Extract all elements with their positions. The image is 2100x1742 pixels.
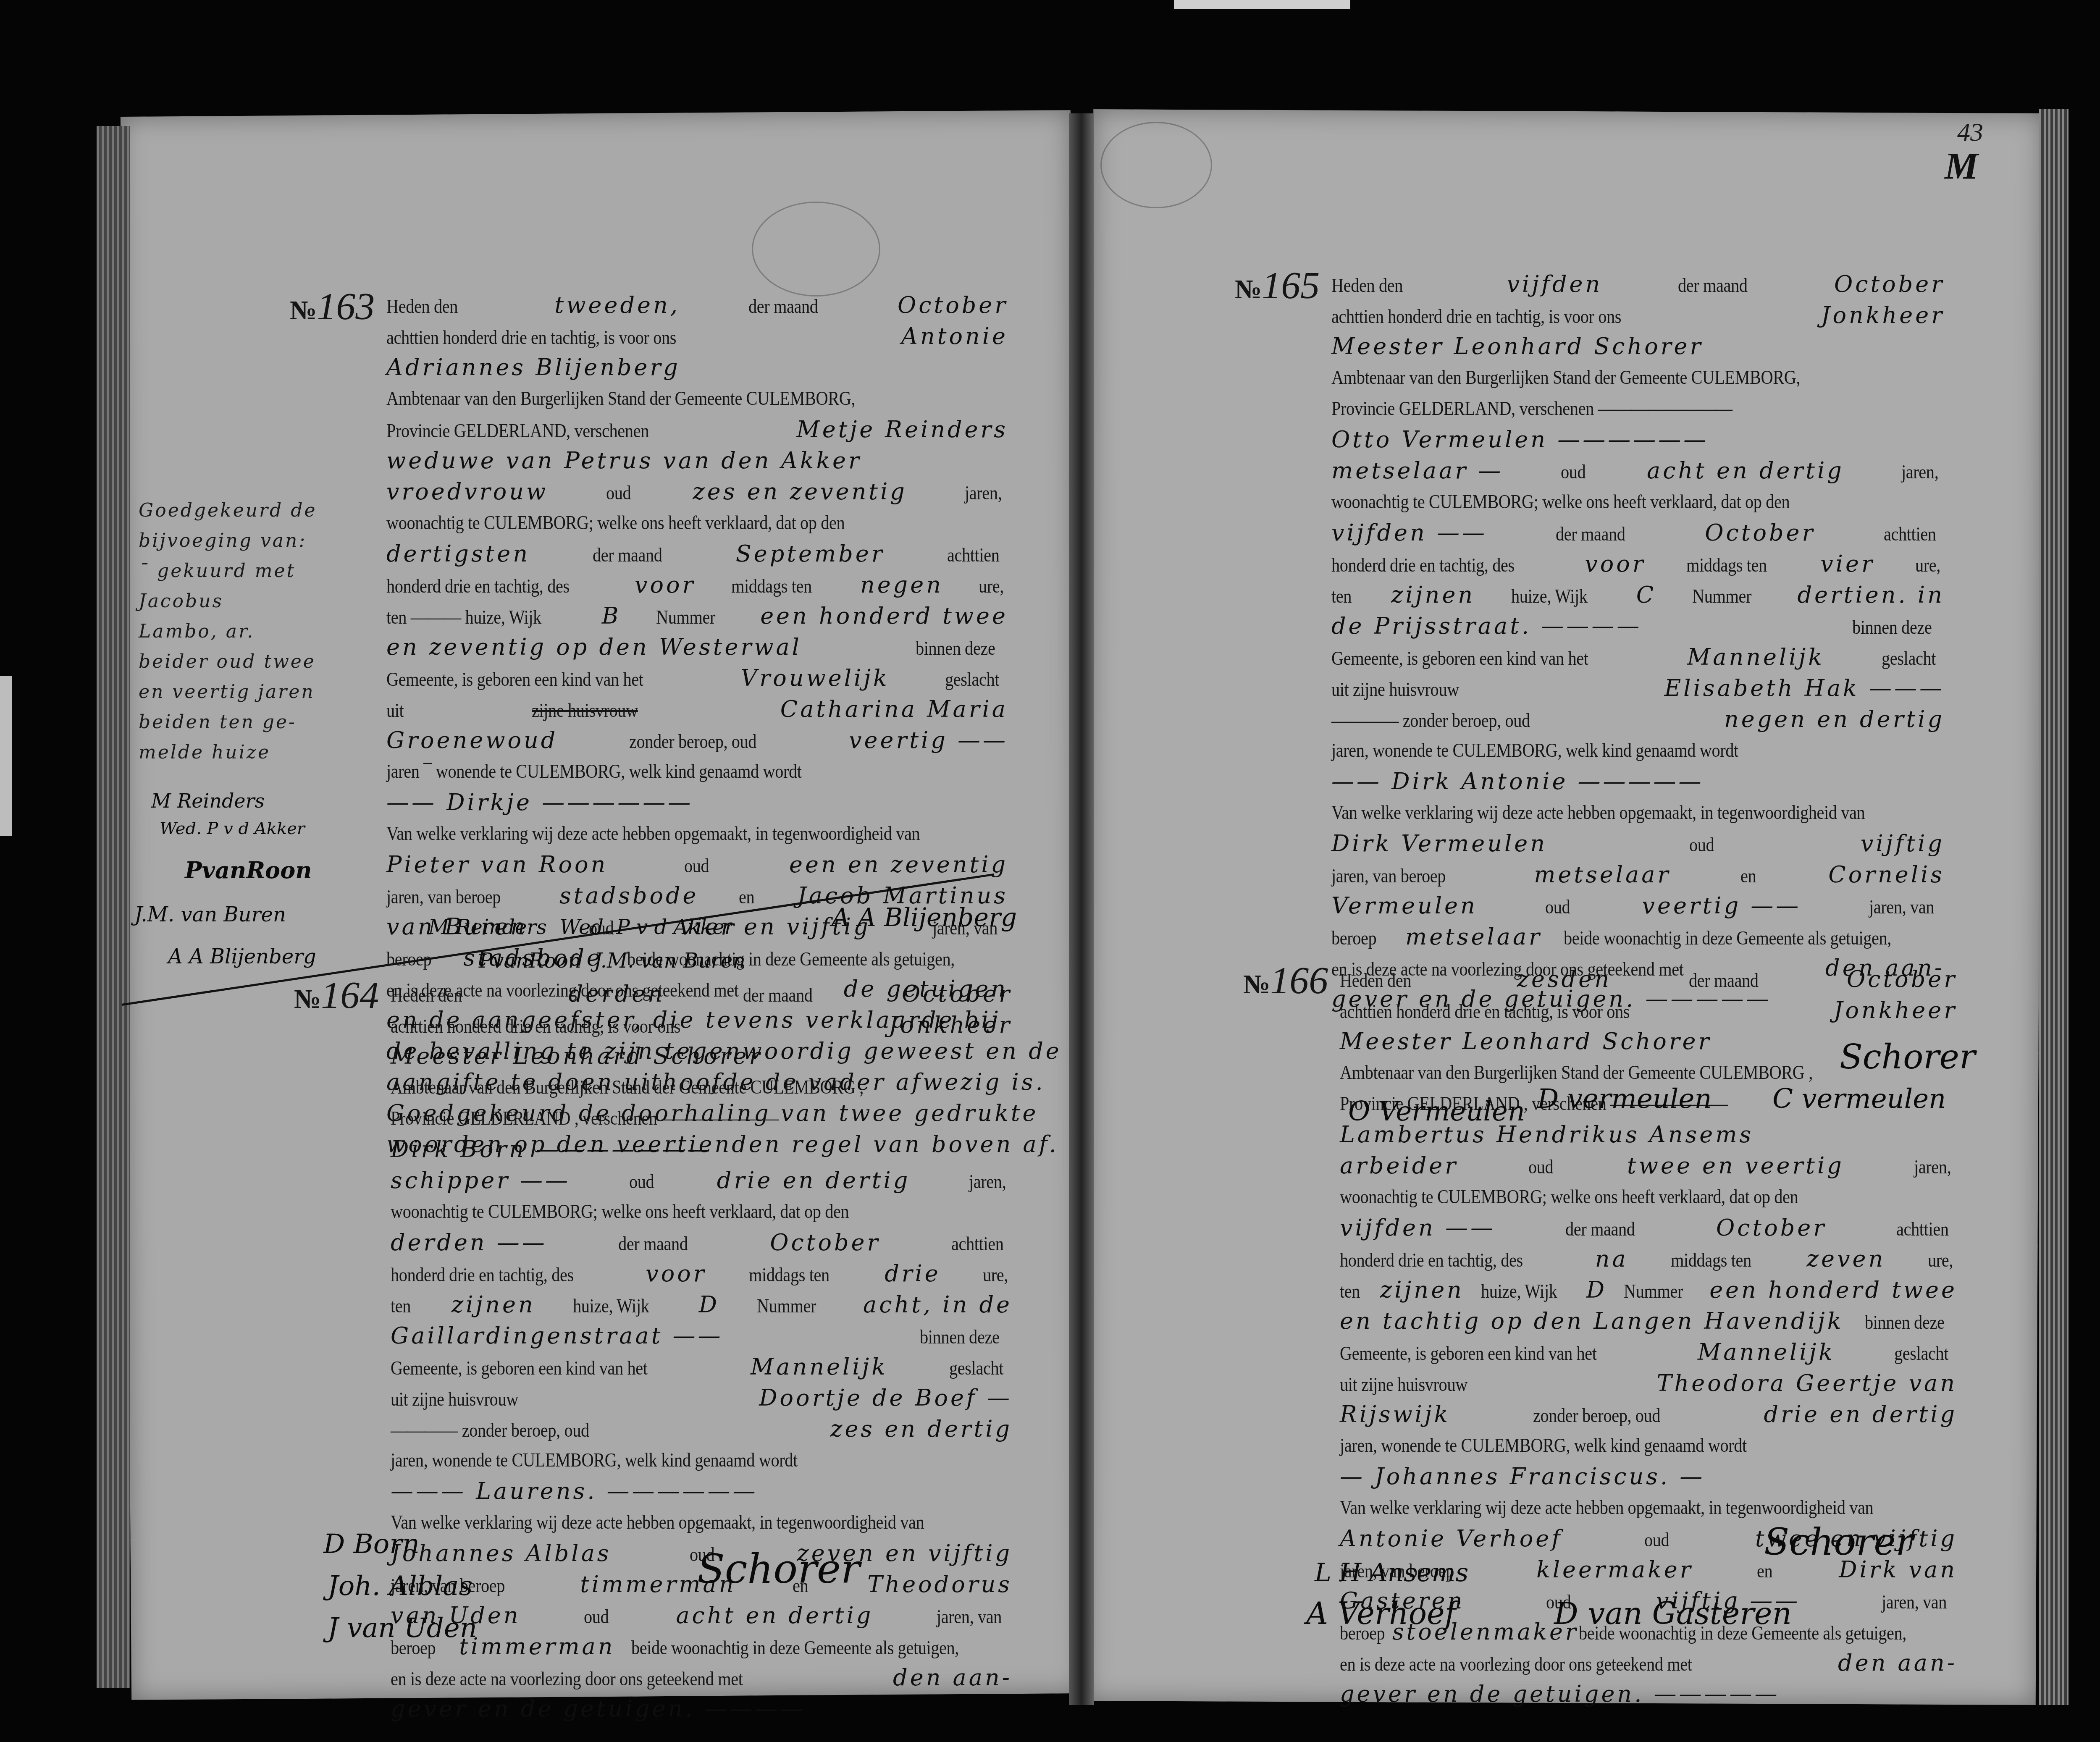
printed-text: achttien honderd drie en tachtig, is voo… [391,1011,680,1042]
margin-note-line: ¯ gekuurd met [139,556,382,586]
printed-text: oud [1528,1152,1553,1183]
text-line: Adriannes Blijenberg [386,352,1008,383]
text-line: woonachtig te CULEMBORG; welke ons heeft… [386,507,1008,538]
handwritten-text: voor [646,1258,706,1289]
printed-text: uit zijne huisvrouw [1331,674,1459,705]
text-line: en zeventig op den Westerwalbinnen deze [386,632,1008,663]
printed-text: achttien [951,1228,1003,1259]
signature-line: PvanRoon J.M. van Buren [479,949,745,973]
handwritten-text: B [602,601,621,632]
printed-text: Gemeente, is geboren een kind van het [386,664,643,695]
printed-text: geslacht [945,664,999,695]
printed-text: geslacht [1882,643,1936,674]
margin-note: Goedgekeurd debijvoeging van:¯ gekuurd m… [139,496,382,768]
printed-text: Van welke verklaring wij deze acte hebbe… [1340,1492,1873,1523]
handwritten-text: Dirk Vermeulen [1331,828,1547,859]
printed-text: binnen deze [1865,1307,1944,1338]
handwritten-text: D [699,1289,719,1320]
signature-witness: D Born [323,1529,420,1560]
handwritten-text: drie en dertig [717,1165,911,1196]
handwritten-text: vijfden [1490,269,1602,300]
printed-text: jaren ¯ wonende te CULEMBORG, welk kind … [386,756,802,787]
margin-note-line: beiden ten ge- [139,707,382,737]
text-line: schipper ——ouddrie en dertigjaren, [391,1165,1012,1196]
text-line: beroeptimmermanbeide woonachtig in deze … [391,1631,1012,1662]
margin-signature: J.M. van Buren [134,903,286,926]
printed-text: honderd drie en tachtig, des [1331,550,1515,581]
signature-witness: D vermeulen [1537,1084,1712,1115]
scanner-tab [1174,0,1350,9]
handwritten-text: den aan- [1838,1648,1957,1679]
printed-text: binnen deze [1852,612,1932,643]
handwritten-text: October [1834,269,1945,300]
handwritten-text: Antonie [901,321,1008,352]
handwritten-text: Doortje de Boef — [759,1383,1012,1414]
handwritten-text: Vermeulen [1331,890,1478,921]
printed-text: ten [391,1291,411,1322]
text-line: —— Dirkje —————— [386,787,1008,818]
printed-text: oud [1689,829,1714,861]
signature-witness: O Vermeulen [1348,1096,1525,1127]
printed-text: jaren, [965,477,1002,509]
printed-text: huize, Wijk [1481,1276,1557,1307]
text-line: ———— zonder beroep, oudzes en dertig [391,1414,1012,1445]
printed-text: zonder beroep, oud [1533,1400,1660,1431]
text-line: tenzijnenhuize, WijkDNummereen honderd t… [1340,1275,1957,1306]
text-line: achttien honderd drie en tachtig, is voo… [1331,300,1945,331]
handwritten-text: acht en dertig [1647,455,1844,486]
text-line: jaren, van beroepmetselaarenCornelis [1331,859,1945,890]
handwritten-text: schipper —— [391,1165,570,1196]
printed-text: ———— zonder beroep, oud [391,1415,589,1446]
text-line: vroedvrouwoudzes en zeventigjaren, [386,476,1008,507]
signature-witness: Joh. Alblas [328,1571,472,1602]
handwritten-text: zeven [1807,1244,1886,1275]
text-line: de Prijsstraat. ————binnen deze [1331,611,1945,642]
handwritten-text: zijnen [451,1289,535,1320]
printed-text: achttien [1896,1214,1948,1245]
signature-witness: C vermeulen [1772,1084,1946,1115]
text-line: Heden denvijfdender maandOctober [1331,269,1945,300]
handwritten-text: Johannes Alblas [391,1538,612,1569]
text-line: Pieter van Roonoudeen en zeventig [386,849,1008,880]
handwritten-text: arbeider [1340,1150,1458,1181]
signature-registrar: Schorer [697,1545,860,1592]
printed-text: zonder beroep, oud [629,726,756,757]
printed-text: uit [386,695,404,726]
handwritten-text: — Johannes Franciscus. — [1340,1461,1705,1492]
handwritten-text: Rijswijk [1340,1399,1450,1430]
printed-text: woonachtig te CULEMBORG; welke ons heeft… [386,507,845,538]
text-line: woonachtig te CULEMBORG; welke ons heeft… [391,1196,1012,1227]
handwritten-text: en tachtig op den Langen Havendijk [1340,1306,1843,1337]
printed-text: ure, [983,1259,1008,1291]
text-line: Van welke verklaring wij deze acte hebbe… [391,1507,1012,1538]
margin-signature: M Reinders [151,790,265,812]
margin-note-line: Jacobus [139,586,382,617]
signature-registrar: A A Blijenberg [832,903,1017,932]
printed-text: en [739,881,754,913]
embossed-stamp [1100,122,1212,208]
text-line: jaren, wonende te CULEMBORG, welk kind g… [1331,735,1945,766]
entry-number-value: 166 [1270,959,1328,1002]
printed-text: geslacht [949,1353,1003,1384]
text-line: jaren, wonende te CULEMBORG, welk kind g… [391,1445,1012,1476]
text-line: vijfden ——der maandOctoberachttien [1340,1212,1957,1244]
text-line: Groenewoudzonder beroep, oudveertig —— [386,725,1008,756]
handwritten-text: Adriannes Blijenberg [386,352,680,383]
printed-text: beroep [386,944,431,975]
text-line: ——— Laurens. —————— [391,1476,1012,1507]
page-number: 43 [1957,118,1983,147]
printed-text: woonachtig te CULEMBORG; welke ons heeft… [1331,486,1790,517]
printed-text: binnen deze [920,1322,999,1353]
handwritten-text: metselaar — [1331,455,1503,486]
handwritten-text: twee en veertig [1627,1150,1844,1181]
handwritten-text: October [902,979,1012,1010]
margin-signature: Wed. P v d Akker [160,819,305,838]
handwritten-text: Dirk Born ——————— [391,1134,712,1165]
handwritten-text: vijftig [1861,828,1945,859]
signature-declarant: L H Ansems [1315,1558,1468,1587]
number-sign: № [294,984,321,1014]
text-line: gever en de getuigen. ———— [391,1693,1012,1724]
text-line: derden ——der maandOctoberachttien [391,1227,1012,1258]
printed-text: der maand [593,540,662,571]
handwritten-text: drie [885,1258,941,1289]
printed-text: Heden den [1331,270,1403,301]
printed-text: Provincie GELDERLAND, verschenen [386,415,649,446]
handwritten-text: Metje Reinders [796,414,1008,445]
handwritten-text: Gaillardingenstraat —— [391,1320,723,1351]
text-line: Heden denzesdender maandOctober [1340,964,1957,995]
handwritten-text: derden [551,979,665,1010]
number-sign: № [1243,969,1270,999]
text-line: Dirk Born ——————— [391,1134,1012,1165]
handwritten-text: voor [635,569,696,601]
printed-text: beide woonachtig in deze Gemeente als ge… [1564,923,1891,954]
printed-text: oud [1545,892,1570,923]
text-line: en is deze acte na voorlezing door ons g… [391,1662,1012,1693]
text-line: Van welke verklaring wij deze acte hebbe… [1340,1492,1957,1523]
text-line: achttien honderd drie en tachtig, is voo… [1340,995,1957,1026]
text-line: Heden dentweeden,der maandOctober [386,290,1008,321]
text-line: tenzijnenhuize, WijkCNummerdertien. in [1331,580,1945,611]
printed-text: middags ten [749,1259,829,1291]
handwritten-text: vijfden —— [1340,1212,1496,1244]
text-line: Ambtenaar van den Burgerlijken Stand der… [386,383,1008,414]
printed-text: oud [584,1601,609,1632]
printed-text: uit zijne huisvrouw [391,1384,518,1415]
handwritten-text: metselaar [1534,859,1671,890]
handwritten-text: negen [860,569,943,601]
margin-signature: PvanRoon [185,857,312,884]
text-line: ———— zonder beroep, oudnegen en dertig [1331,704,1945,735]
text-line: en is deze acte na voorlezing door ons g… [1340,1648,1957,1679]
printed-text: middags ten [1671,1245,1751,1276]
text-line: van Udenoudacht en dertigjaren, van [391,1600,1012,1631]
printed-text: jaren, van [1882,1587,1947,1618]
handwritten-text: voor [1585,548,1646,580]
printed-text: Van welke verklaring wij deze acte hebbe… [1331,797,1865,828]
printed-text: beroep [1331,923,1376,954]
printed-text: achttien honderd drie en tachtig, is voo… [1331,301,1621,332]
entry-number: №163 [290,284,375,328]
printed-text: Heden den [386,291,458,322]
handwritten-text: een en zeventig [789,849,1008,880]
printed-text: uit zijne huisvrouw [1340,1369,1467,1400]
signature-witness: J van Uden [328,1613,477,1644]
text-line: Heden denderdender maandOctober [391,979,1012,1010]
text-line: Provincie GELDERLAND, verschenenMetje Re… [386,414,1008,445]
signature-registrar: Schorer [1764,1520,1913,1564]
text-line: achttien honderd drie en tachtig, is voo… [386,321,1008,352]
entry-number: №166 [1243,958,1328,1002]
handwritten-text: Jonkheer [1834,995,1957,1026]
printed-text: beide woonachtig in deze Gemeente als ge… [631,1632,959,1663]
handwritten-text: Meester Leonhard Schorer [391,1041,762,1072]
printed-text: huize, Wijk [573,1291,649,1322]
text-line: Vermeulenoudveertig ——jaren, van [1331,890,1945,921]
printed-text: Heden den [1340,965,1411,996]
text-line: Rijswijkzonder beroep, ouddrie en dertig [1340,1399,1957,1430]
text-line: tenzijnenhuize, WijkDNummeracht, in de [391,1289,1012,1320]
text-line: beroepmetselaarbeide woonachtig in deze … [1331,921,1945,952]
printed-text: der maand [1678,270,1748,301]
printed-text: middags ten [1686,550,1767,581]
printed-text: binnen deze [916,633,995,664]
text-line: uit zijne huisvrouwDoortje de Boef — [391,1383,1012,1414]
handwritten-text: October [1847,964,1957,995]
handwritten-text: Mannelijk [1687,642,1824,673]
page-mark: M [1945,145,1978,188]
handwritten-text: veertig —— [849,725,1008,756]
handwritten-text: vijfden —— [1331,517,1487,548]
handwritten-text: October [1716,1212,1827,1244]
handwritten-text: dertigsten [386,538,530,569]
handwritten-text: weduwe van Petrus van den Akker [386,445,862,476]
handwritten-text: September [736,538,885,569]
handwritten-text: zijnen [1380,1275,1464,1306]
handwritten-text: Groenewoud [386,725,558,756]
number-sign: № [1235,274,1262,304]
margin-signature: A A Blijenberg [168,945,316,968]
printed-text: der maand [748,291,818,322]
printed-text: Nummer [757,1291,816,1322]
printed-text: Ambtenaar van den Burgerlijken Stand der… [386,383,855,414]
handwritten-text: kleermaker [1536,1554,1693,1585]
printed-text: der maand [1565,1214,1635,1245]
printed-text: ten [1340,1276,1360,1307]
printed-text: jaren, [1901,456,1938,488]
handwritten-text: —— Dirkje —————— [386,787,693,818]
text-line: woonachtig te CULEMBORG; welke ons heeft… [1331,486,1945,517]
printed-text: jaren, van [1869,892,1934,923]
handwritten-text: Vrouwelijk [740,663,889,694]
printed-text: geslacht [1894,1338,1948,1369]
printed-text: Gemeente, is geboren een kind van het [391,1353,648,1384]
handwritten-text: metselaar [1405,921,1542,952]
text-line: Meester Leonhard Schorer [391,1041,1012,1072]
printed-text: Ambtenaar van den Burgerlijken Stand der… [391,1072,864,1103]
handwritten-text: drie en dertig [1764,1399,1957,1430]
printed-text: Nummer [1692,581,1751,612]
handwritten-text: Jonkheer [1821,300,1945,331]
text-line: arbeideroudtwee en veertigjaren, [1340,1150,1957,1181]
text-line: Gemeente, is geboren een kind van hetMan… [1331,642,1945,673]
handwritten-text: na [1595,1244,1628,1275]
printed-text: der maand [1556,519,1625,550]
printed-text: oud [629,1166,654,1197]
printed-text: achttien honderd drie en tachtig, is voo… [386,322,676,353]
printed-text: ure, [979,571,1004,602]
printed-text: jaren, [1914,1152,1951,1183]
printed-text: Nummer [1624,1276,1683,1307]
printed-text: Heden den [391,980,462,1011]
handwritten-text: Mannelijk [1698,1337,1835,1368]
printed-text: Van welke verklaring wij deze acte hebbe… [386,818,920,849]
text-line: Gemeente, is geboren een kind van hetVro… [386,663,1008,694]
text-line: achttien honderd drie en tachtig, is voo… [391,1010,1012,1041]
handwritten-text: Cornelis [1828,859,1945,890]
handwritten-text: Catharina Maria [780,694,1008,725]
text-line: Ambtenaar van den Burgerlijken Stand der… [391,1072,1012,1103]
printed-text: ten [1331,581,1352,612]
handwritten-text: gever en de getuigen. ————— [1340,1679,1780,1710]
handwritten-text: Meester Leonhard Schorer [1331,331,1703,362]
handwritten-text: zesden [1500,964,1612,995]
printed-text: middags ten [731,571,812,602]
handwritten-text: stadsbode [559,880,699,911]
text-line: Meester Leonhard Schorer [1331,331,1945,362]
text-line: Gemeente, is geboren een kind van hetMan… [391,1351,1012,1383]
printed-text: Ambtenaar van den Burgerlijken Stand der… [1331,362,1800,393]
text-line: Provincie GELDERLAND , verschenen ——————… [391,1103,1012,1134]
printed-text: achttien [1884,519,1936,550]
margin-note-line: melde huize [139,737,382,768]
text-line: —— Dirk Antonie ————— [1331,766,1945,797]
handwritten-text: Elisabeth Hak ——— [1664,673,1945,704]
signature-line: M Reinders Wed. P v d Akker [428,916,734,939]
text-line: Ambtenaar van den Burgerlijken Stand der… [1331,362,1945,393]
handwritten-text: den aan- [893,1662,1012,1693]
printed-text: oud [606,477,631,509]
text-line: honderd drie en tachtig, desvoormiddags … [386,569,1008,601]
text-line: woonachtig te CULEMBORG; welke ons heeft… [1340,1181,1957,1212]
edge-strip [0,676,12,836]
printed-text: der maand [743,980,813,1011]
handwritten-text: acht, in de [863,1289,1012,1320]
printed-text: der maand [618,1228,688,1259]
signature-witness: A Verhoef [1306,1596,1456,1631]
text-line: Van welke verklaring wij deze acte hebbe… [1331,797,1945,828]
handwritten-text: —— Dirk Antonie ————— [1331,766,1704,797]
printed-text: jaren, [969,1166,1006,1197]
entry-165: №165Heden denvijfdender maandOctoberacht… [1331,269,1945,1015]
text-line: ten ——— huize, WijkBNummereen honderd tw… [386,601,1008,632]
printed-text: ure, [1915,550,1940,581]
text-line: Provincie GELDERLAND, verschenen ———————… [1331,393,1945,424]
margin-note-line: bijvoeging van: [139,526,382,556]
text-line: uit zijne huisvrouwElisabeth Hak ——— [1331,673,1945,704]
printed-text: honderd drie en tachtig, des [1340,1245,1523,1276]
handwritten-text: veertig —— [1642,890,1801,921]
handwritten-text: en zeventig op den Westerwal [386,632,802,663]
embossed-stamp [752,202,880,296]
text-line: honderd drie en tachtig, desvoormiddags … [1331,548,1945,580]
handwritten-text: D [1586,1275,1607,1306]
text-line: dertigstender maandSeptemberachttien [386,538,1008,569]
handwritten-text: October [770,1227,880,1258]
printed-text: Nummer [656,602,715,633]
text-line: en tachtig op den Langen Havendijkbinnen… [1340,1306,1957,1337]
text-line: Gaillardingenstraat ——binnen deze [391,1320,1012,1351]
handwritten-text: Theodorus [867,1569,1012,1600]
printed-text: Provincie GELDERLAND, verschenen ———————… [1331,393,1732,424]
entry-number-value: 164 [321,973,379,1016]
signature-witness: D van Gasteren [1554,1596,1792,1631]
handwritten-text: Jonkheer [889,1010,1012,1041]
margin-note-line: beider oud twee [139,647,382,677]
text-line: uit zijne huisvrouwTheodora Geertje van [1340,1368,1957,1399]
printed-text: zijne huisvrouw [532,695,638,726]
handwritten-text: October [898,290,1008,321]
text-line: honderd drie en tachtig, desnamiddags te… [1340,1244,1957,1275]
text-line: Otto Vermeulen —————— [1331,424,1945,455]
text-line: vijfden ——der maandOctoberachttien [1331,517,1945,548]
text-line: metselaar —oudacht en dertigjaren, [1331,455,1945,486]
text-line: gever en de getuigen. ————— [1340,1679,1957,1710]
handwritten-text: Antonie Verhoef [1340,1523,1562,1554]
printed-text: honderd drie en tachtig, des [386,571,570,602]
right-page-edge [2039,109,2068,1705]
printed-text: en is deze acte na voorlezing door ons g… [391,1663,743,1695]
handwritten-text: zijnen [1391,580,1475,611]
printed-text: woonachtig te CULEMBORG; welke ons heeft… [1340,1181,1798,1212]
margin-note-line: Goedgekeurd de [139,496,382,526]
text-line: Gemeente, is geboren een kind van hetMan… [1340,1337,1957,1368]
text-line: — Johannes Franciscus. — [1340,1461,1957,1492]
handwritten-text: Meester Leonhard Schorer [1340,1026,1711,1057]
printed-text: Gemeente, is geboren een kind van het [1331,643,1588,674]
printed-text: Gemeente, is geboren een kind van het [1340,1338,1597,1369]
entry-164: №164Heden denderdender maandOctoberachtt… [391,979,1012,1724]
handwritten-text: timmerman [459,1631,615,1662]
printed-text: achttien honderd drie en tachtig, is voo… [1340,996,1630,1027]
printed-text: en [1740,861,1756,892]
handwritten-text: Theodora Geertje van [1657,1368,1957,1399]
entry-number: №164 [294,973,379,1017]
handwritten-text: ——— Laurens. —————— [391,1476,758,1507]
handwritten-text: tweeden, [538,290,680,321]
handwritten-text: Pieter van Roon [386,849,608,880]
text-line: uitzijne huisvrouwCatharina Maria [386,694,1008,725]
signature-registrar: Schorer [1840,1037,1975,1076]
text-line: honderd drie en tachtig, desvoormiddags … [391,1258,1012,1289]
entry-number: №165 [1235,263,1320,307]
text-line: jaren, wonende te CULEMBORG, welk kind g… [1340,1430,1957,1461]
entry-number-value: 165 [1262,264,1320,307]
text-line: jaren ¯ wonende te CULEMBORG, welk kind … [386,756,1008,787]
printed-text: der maand [1689,965,1759,996]
handwritten-text: Otto Vermeulen —————— [1331,424,1709,455]
text-line: Dirk Vermeulenoudvijftig [1331,828,1945,859]
handwritten-text: derden —— [391,1227,547,1258]
handwritten-text: de Prijsstraat. ———— [1331,611,1642,642]
handwritten-text: een honderd twee [1709,1275,1957,1306]
number-sign: № [290,295,317,325]
printed-text: Provincie GELDERLAND , verschenen ——————… [391,1103,779,1134]
